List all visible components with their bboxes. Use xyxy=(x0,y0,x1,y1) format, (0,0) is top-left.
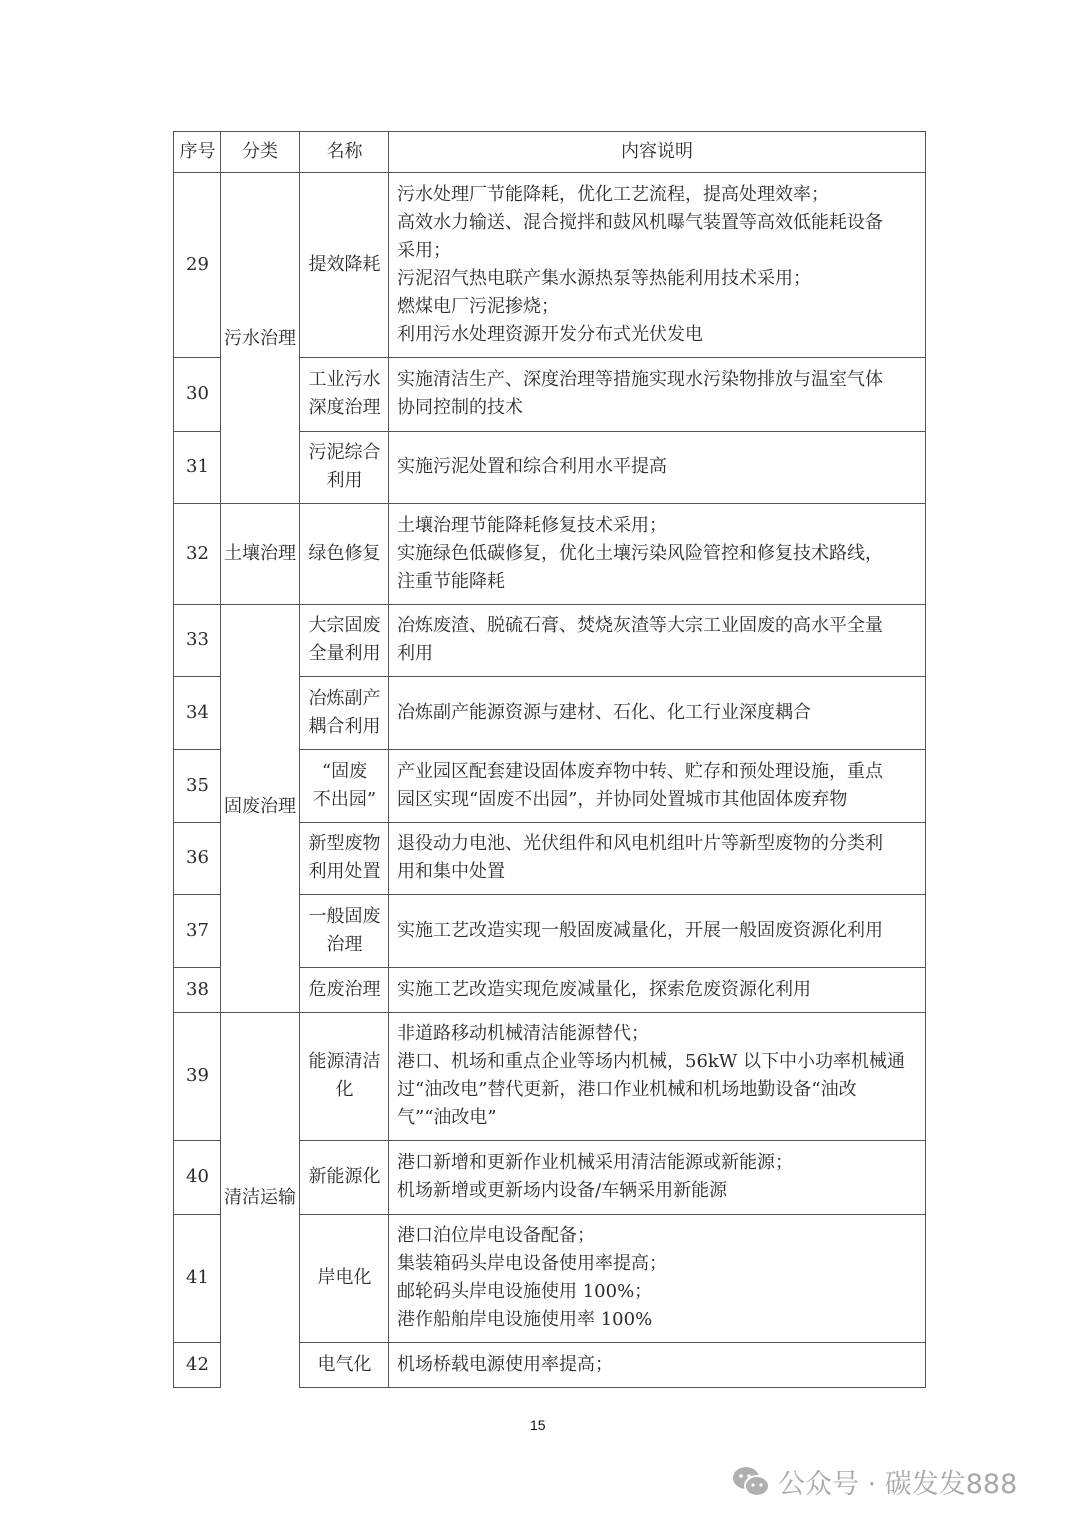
row-content-line: 采用； xyxy=(397,237,451,265)
row-content: 土壤治理节能降耗修复技术采用；实施绿色低碳修复，优化土壤污染风险管控和修复技术路… xyxy=(388,503,926,605)
row-content-line: 机场桥载电源使用率提高； xyxy=(397,1351,613,1379)
row-number: 29 xyxy=(173,172,221,358)
row-name-line: 能源清洁 xyxy=(309,1048,381,1076)
row-name-line: 不出园” xyxy=(313,786,376,814)
row-content-line: 港口新增和更新作业机械采用清洁能源或新能源； xyxy=(397,1149,793,1177)
row-number: 39 xyxy=(173,1012,221,1141)
row-number: 36 xyxy=(173,822,221,895)
row-name: 危废治理 xyxy=(299,967,389,1013)
row-name: “固废不出园” xyxy=(299,749,389,823)
row-name-line: 工业污水 xyxy=(309,366,381,394)
row-number: 30 xyxy=(173,357,221,432)
row-content-line: 园区实现“固废不出园”，并协同处置城市其他固体废弃物 xyxy=(397,786,847,814)
row-name-line: “固废 xyxy=(322,758,367,786)
row-name: 能源清洁化 xyxy=(299,1012,389,1141)
row-name-line: 电气化 xyxy=(318,1351,372,1379)
row-content: 港口泊位岸电设备配备；集装箱码头岸电设备使用率提高；邮轮码头岸电设施使用 100… xyxy=(388,1214,926,1343)
row-name-line: 大宗固废 xyxy=(309,612,381,640)
row-name: 新型废物利用处置 xyxy=(299,822,389,895)
row-number: 35 xyxy=(173,749,221,823)
row-content: 机场桥载电源使用率提高； xyxy=(388,1342,926,1388)
row-name-line: 一般固废 xyxy=(309,903,381,931)
row-content-line: 实施清洁生产、深度治理等措施实现水污染物排放与温室气体 xyxy=(397,366,883,394)
row-content-line: 用和集中处置 xyxy=(397,858,505,886)
row-name-line: 冶炼副产 xyxy=(309,685,381,713)
row-name: 大宗固废全量利用 xyxy=(299,604,389,677)
row-number: 41 xyxy=(173,1214,221,1343)
row-content-line: 污泥沼气热电联产集水源热泵等热能利用技术采用； xyxy=(397,265,811,293)
row-content-line: 非道路移动机械清洁能源替代； xyxy=(397,1020,649,1048)
row-name-line: 提效降耗 xyxy=(309,251,381,279)
category-label: 清洁运输 xyxy=(221,1184,299,1212)
row-name-line: 深度治理 xyxy=(309,394,381,422)
row-name-line: 绿色修复 xyxy=(309,540,381,568)
page-number: 15 xyxy=(530,1417,546,1433)
category-cell-sewage: 污水治理 xyxy=(220,172,299,504)
row-content-line: 港口、机场和重点企业等场内机械，56kW 以下中小功率机械通 xyxy=(397,1048,905,1076)
row-name-line: 全量利用 xyxy=(309,640,381,668)
row-name-line: 污泥综合 xyxy=(309,439,381,467)
category-label: 污水治理 xyxy=(221,325,299,353)
row-name: 电气化 xyxy=(299,1342,389,1388)
row-content-line: 过“油改电”替代更新，港口作业机械和机场地勤设备“油改 xyxy=(397,1076,857,1104)
row-content-line: 实施绿色低碳修复，优化土壤污染风险管控和修复技术路线， xyxy=(397,540,883,568)
watermark-text: 公众号 · 碳发发888 xyxy=(778,1462,1017,1501)
row-content-line: 利用污水处理资源开发分布式光伏发电 xyxy=(397,321,703,349)
row-content: 污水处理厂节能降耗，优化工艺流程，提高处理效率；高效水力输送、混合搅拌和鼓风机曝… xyxy=(388,172,926,358)
category-cell-solid-waste: 固废治理 xyxy=(220,604,299,1013)
row-name: 新能源化 xyxy=(299,1140,389,1215)
row-content-line: 实施污泥处置和综合利用水平提高 xyxy=(397,453,667,481)
row-content: 冶炼副产能源资源与建材、石化、化工行业深度耦合 xyxy=(388,676,926,750)
row-number: 33 xyxy=(173,604,221,677)
row-number: 40 xyxy=(173,1140,221,1215)
row-name-line: 新型废物 xyxy=(309,830,381,858)
row-content: 产业园区配套建设固体废弃物中转、贮存和预处理设施，重点园区实现“固废不出园”，并… xyxy=(388,749,926,823)
wechat-icon xyxy=(732,1466,770,1498)
row-content-line: 退役动力电池、光伏组件和风电机组叶片等新型废物的分类利 xyxy=(397,830,883,858)
row-content-line: 冶炼废渣、脱硫石膏、焚烧灰渣等大宗工业固废的高水平全量 xyxy=(397,612,883,640)
row-content: 实施工艺改造实现危废减量化，探索危废资源化利用 xyxy=(388,967,926,1013)
row-content-line: 燃煤电厂污泥掺烧； xyxy=(397,293,559,321)
row-content-line: 实施工艺改造实现危废减量化，探索危废资源化利用 xyxy=(397,976,811,1004)
row-name-line: 利用 xyxy=(327,467,363,495)
row-number: 42 xyxy=(173,1342,221,1388)
row-name: 污泥综合利用 xyxy=(299,431,389,504)
row-content-line: 注重节能降耗 xyxy=(397,568,505,596)
row-content-line: 污水处理厂节能降耗，优化工艺流程，提高处理效率； xyxy=(397,181,829,209)
row-number: 38 xyxy=(173,967,221,1013)
row-content-line: 气”“油改电” xyxy=(397,1104,497,1132)
row-name: 一般固废治理 xyxy=(299,894,389,968)
row-content: 退役动力电池、光伏组件和风电机组叶片等新型废物的分类利用和集中处置 xyxy=(388,822,926,895)
row-content: 实施清洁生产、深度治理等措施实现水污染物排放与温室气体协同控制的技术 xyxy=(388,357,926,432)
header-content: 内容说明 xyxy=(388,131,926,173)
row-content: 港口新增和更新作业机械采用清洁能源或新能源；机场新增或更新场内设备/车辆采用新能… xyxy=(388,1140,926,1215)
row-name-line: 岸电化 xyxy=(318,1264,372,1292)
row-content: 非道路移动机械清洁能源替代；港口、机场和重点企业等场内机械，56kW 以下中小功… xyxy=(388,1012,926,1141)
row-content-line: 邮轮码头岸电设施使用 100%； xyxy=(397,1278,652,1306)
row-name: 绿色修复 xyxy=(299,503,389,605)
category-cell-soil: 土壤治理 xyxy=(220,503,299,605)
row-content-line: 产业园区配套建设固体废弃物中转、贮存和预处理设施，重点 xyxy=(397,758,883,786)
row-number: 32 xyxy=(173,503,221,605)
row-name: 冶炼副产耦合利用 xyxy=(299,676,389,750)
row-name: 岸电化 xyxy=(299,1214,389,1343)
header-name: 名称 xyxy=(299,131,389,173)
row-content-line: 港口泊位岸电设备配备； xyxy=(397,1222,595,1250)
row-number: 34 xyxy=(173,676,221,750)
row-name-line: 新能源化 xyxy=(309,1163,381,1191)
row-name-line: 治理 xyxy=(327,931,363,959)
row-content-line: 协同控制的技术 xyxy=(397,394,523,422)
category-cell-clean-transport: 清洁运输 xyxy=(220,1012,299,1387)
row-content: 实施工艺改造实现一般固废减量化，开展一般固废资源化利用 xyxy=(388,894,926,968)
row-number: 37 xyxy=(173,894,221,968)
row-content-line: 实施工艺改造实现一般固废减量化，开展一般固废资源化利用 xyxy=(397,917,883,945)
row-name-line: 危废治理 xyxy=(309,976,381,1004)
row-content-line: 港作船舶岸电设施使用率 100% xyxy=(397,1306,652,1334)
row-content: 实施污泥处置和综合利用水平提高 xyxy=(388,431,926,504)
row-number: 31 xyxy=(173,431,221,504)
row-name-line: 利用处置 xyxy=(309,858,381,886)
row-content-line: 机场新增或更新场内设备/车辆采用新能源 xyxy=(397,1177,727,1205)
row-content-line: 集装箱码头岸电设备使用率提高； xyxy=(397,1250,667,1278)
row-name-line: 化 xyxy=(336,1076,354,1104)
row-content-line: 土壤治理节能降耗修复技术采用； xyxy=(397,512,667,540)
row-name: 提效降耗 xyxy=(299,172,389,358)
row-name-line: 耦合利用 xyxy=(309,713,381,741)
row-content-line: 冶炼副产能源资源与建材、石化、化工行业深度耦合 xyxy=(397,699,811,727)
category-label: 固废治理 xyxy=(221,793,299,821)
row-content-line: 利用 xyxy=(397,640,433,668)
row-content: 冶炼废渣、脱硫石膏、焚烧灰渣等大宗工业固废的高水平全量利用 xyxy=(388,604,926,677)
header-no: 序号 xyxy=(173,131,221,173)
row-content-line: 高效水力输送、混合搅拌和鼓风机曝气装置等高效低能耗设备 xyxy=(397,209,883,237)
watermark: 公众号 · 碳发发888 xyxy=(732,1462,1017,1501)
header-category: 分类 xyxy=(220,131,299,173)
row-name: 工业污水深度治理 xyxy=(299,357,389,432)
